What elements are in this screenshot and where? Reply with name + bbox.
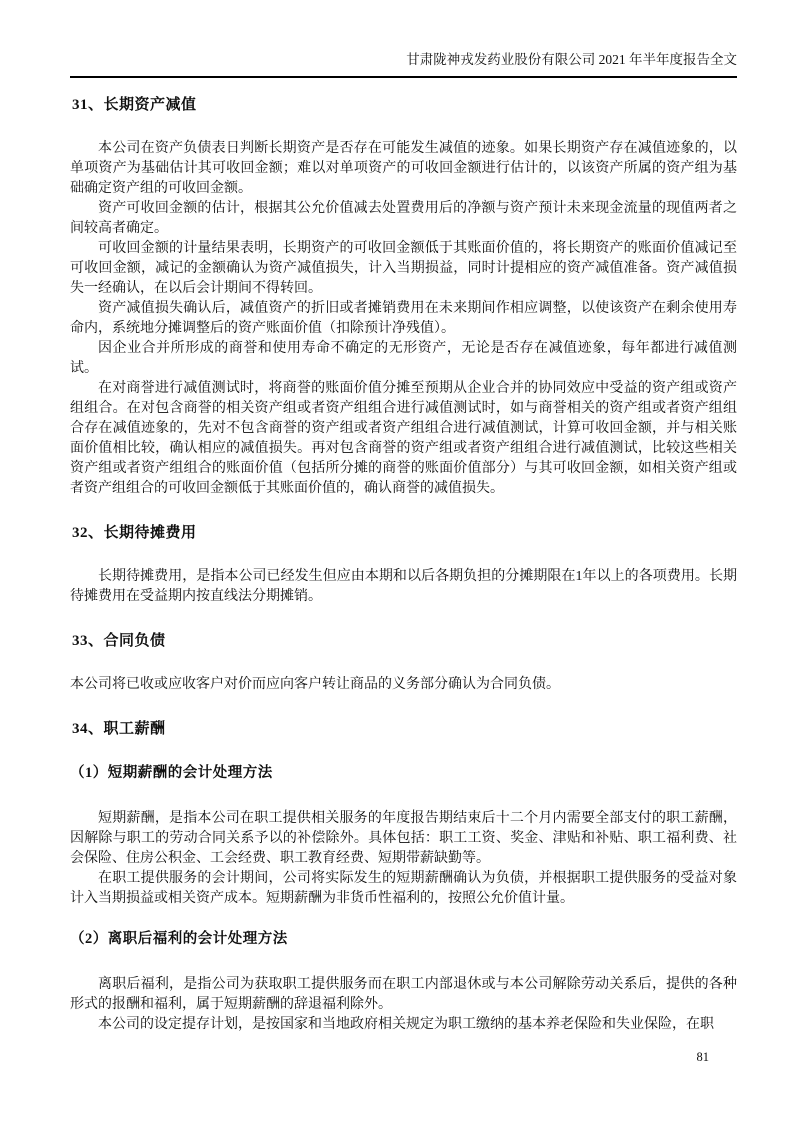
section-34-sub-1-paragraph-1: 短期薪酬，是指本公司在职工提供相关服务的年度报告期结束后十二个月内需要全部支付的… bbox=[70, 809, 737, 869]
section-34-sub-1-paragraph-2: 在职工提供服务的会计期间，公司将实际发生的短期薪酬确认为负债，并根据职工提供服务… bbox=[70, 869, 737, 909]
section-34-sub-2-paragraph-2: 本公司的设定提存计划，是按国家和当地政府相关规定为职工缴纳的基本养老保险和失业保… bbox=[70, 1015, 737, 1035]
section-34-sub-2-heading: （2）离职后福利的会计处理方法 bbox=[70, 929, 737, 949]
page-number: 81 bbox=[697, 1050, 710, 1064]
section-32-heading: 32、长期待摊费用 bbox=[72, 523, 737, 543]
section-31-paragraph-5: 因企业合并所形成的商誉和使用寿命不确定的无形资产，无论是否存在减值迹象，每年都进… bbox=[70, 339, 737, 379]
report-header-title: 甘肃陇神戎发药业股份有限公司 2021 年半年度报告全文 bbox=[0, 0, 793, 68]
section-34-sub-1-heading: （1）短期薪酬的会计处理方法 bbox=[70, 763, 737, 783]
section-33-paragraph-1: 本公司将已收或应收客户对价而应向客户转让商品的义务部分确认为合同负债。 bbox=[70, 675, 737, 695]
section-31-paragraph-2: 资产可收回金额的估计，根据其公允价值减去处置费用后的净额与资产预计未来现金流量的… bbox=[70, 199, 737, 239]
document-page: 甘肃陇神戎发药业股份有限公司 2021 年半年度报告全文 31、长期资产减值 本… bbox=[0, 0, 793, 1122]
section-33-heading: 33、合同负债 bbox=[72, 631, 737, 651]
section-31-paragraph-4: 资产减值损失确认后，减值资产的折旧或者摊销费用在未来期间作相应调整，以使该资产在… bbox=[70, 299, 737, 339]
section-34-heading: 34、职工薪酬 bbox=[72, 719, 737, 739]
section-31-heading: 31、长期资产减值 bbox=[72, 95, 737, 115]
header-rule bbox=[70, 76, 737, 78]
section-34-sub-2-paragraph-1: 离职后福利，是指公司为获取职工提供服务而在职工内部退休或与本公司解除劳动关系后，… bbox=[70, 975, 737, 1015]
document-content: 31、长期资产减值 本公司在资产负债表日判断长期资产是否存在可能发生减值的迹象。… bbox=[0, 95, 793, 1035]
section-32-paragraph-1: 长期待摊费用，是指本公司已经发生但应由本期和以后各期负担的分摊期限在1年以上的各… bbox=[70, 567, 737, 607]
section-31-paragraph-1: 本公司在资产负债表日判断长期资产是否存在可能发生减值的迹象。如果长期资产存在减值… bbox=[70, 139, 737, 199]
section-31-paragraph-3: 可收回金额的计量结果表明，长期资产的可收回金额低于其账面价值的，将长期资产的账面… bbox=[70, 239, 737, 299]
section-31-paragraph-6: 在对商誉进行减值测试时，将商誉的账面价值分摊至预期从企业合并的协同效应中受益的资… bbox=[70, 379, 737, 499]
